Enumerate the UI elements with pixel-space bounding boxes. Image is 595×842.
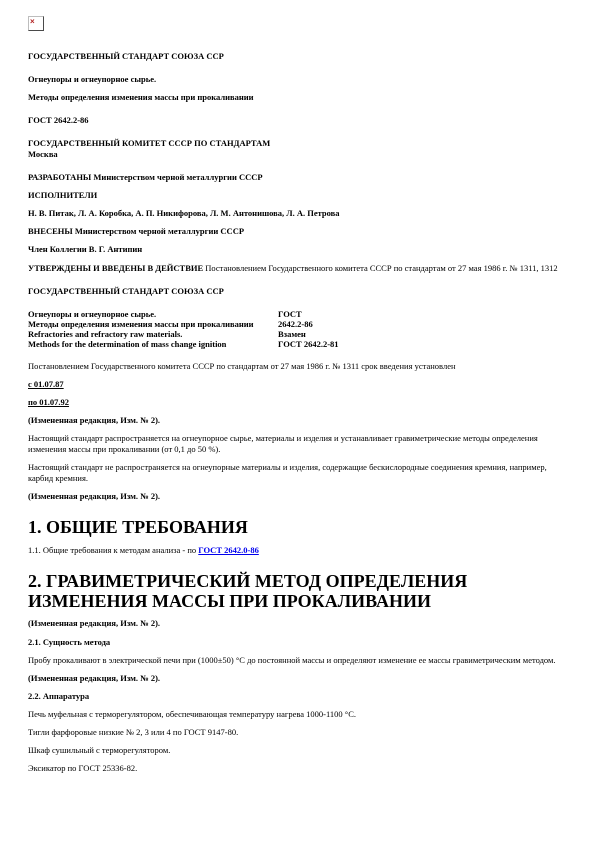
executors-names: Н. В. Питак, Л. А. Коробка, А. П. Никифо… — [28, 208, 567, 219]
title-info-right-column: ГОСТ 2642.2-86 Взамен ГОСТ 2642.2-81 — [278, 309, 567, 349]
info-replaces-num: ГОСТ 2642.2-81 — [278, 339, 567, 349]
clause-1-1-line: 1.1. Общие требования к методам анализа … — [28, 545, 567, 556]
amendment-note: (Измененная редакция, Изм. № 2). — [28, 415, 567, 426]
info-replaces-word: Взамен — [278, 329, 567, 339]
gost-2642-0-86-link[interactable]: ГОСТ 2642.0-86 — [198, 545, 259, 555]
title-info-table: Огнеупоры и огнеупорное сырье. Методы оп… — [28, 309, 567, 349]
amendment-note: (Измененная редакция, Изм. № 2). — [28, 673, 567, 684]
essence-paragraph: Пробу прокаливают в электрической печи п… — [28, 655, 567, 666]
approved-text: Постановлением Государственного комитета… — [205, 263, 557, 273]
amendment-note: (Измененная редакция, Изм. № 2). — [28, 491, 567, 502]
info-subject-en: Refractories and refractory raw material… — [28, 329, 270, 339]
approved-label: УТВЕРЖДЕНЫ И ВВЕДЕНЫ В ДЕЙСТВИЕ — [28, 263, 203, 273]
apparatus-drying-cabinet-line: Шкаф сушильный с терморегулятором. — [28, 745, 567, 756]
approved-line: УТВЕРЖДЕНЫ И ВВЕДЕНЫ В ДЕЙСТВИЕ Постанов… — [28, 263, 567, 274]
apparatus-desiccator-line: Эксикатор по ГОСТ 25336-82. — [28, 763, 567, 774]
info-method-ru: Методы определения изменения массы при п… — [28, 319, 270, 329]
committee-line: ГОСУДАРСТВЕННЫЙ КОМИТЕТ СССР ПО СТАНДАРТ… — [28, 138, 567, 160]
exclusion-paragraph: Настоящий стандарт не распространяется н… — [28, 462, 567, 484]
scope-paragraph: Настоящий стандарт распространяется на о… — [28, 433, 567, 455]
board-member-line: Член Коллегии В. Г. Антипин — [28, 244, 567, 255]
broken-image-icon: × — [28, 16, 44, 31]
clause-1-1-text: 1.1. Общие требования к методам анализа … — [28, 545, 198, 555]
broken-image-x-glyph: × — [30, 18, 35, 25]
developed-by-line: РАЗРАБОТАНЫ Министерством черной металлу… — [28, 172, 567, 183]
clause-2-1-heading: 2.1. Сущность метода — [28, 637, 567, 648]
submitted-by-line: ВНЕСЕНЫ Министерством черной металлургии… — [28, 226, 567, 237]
apparatus-crucibles-line: Тигли фарфоровые низкие № 2, 3 или 4 по … — [28, 727, 567, 738]
resolution-line: Постановлением Государственного комитета… — [28, 361, 567, 372]
amendment-note: (Измененная редакция, Изм. № 2). — [28, 618, 567, 629]
section1-heading: 1. ОБЩИЕ ТРЕБОВАНИЯ — [28, 518, 567, 538]
subject-title: Огнеупоры и огнеупорное сырье. — [28, 74, 567, 85]
effective-to-date: по 01.07.92 — [28, 397, 567, 408]
info-method-en: Methods for the determination of mass ch… — [28, 339, 270, 349]
info-subject-ru: Огнеупоры и огнеупорное сырье. — [28, 309, 270, 319]
effective-from-date: с 01.07.87 — [28, 379, 567, 390]
section2-heading: 2. ГРАВИМЕТРИЧЕСКИЙ МЕТОД ОПРЕДЕЛЕНИЯ ИЗ… — [28, 572, 567, 612]
apparatus-furnace-line: Печь муфельная с терморегулятором, обесп… — [28, 709, 567, 720]
document-page: × ГОСУДАРСТВЕННЫЙ СТАНДАРТ СОЮЗА ССР Огн… — [0, 0, 595, 842]
gost-number: ГОСТ 2642.2-86 — [28, 115, 567, 126]
info-gost-word: ГОСТ — [278, 309, 567, 319]
title-info-left-column: Огнеупоры и огнеупорное сырье. Методы оп… — [28, 309, 278, 349]
info-gost-num: 2642.2-86 — [278, 319, 567, 329]
method-title: Методы определения изменения массы при п… — [28, 92, 567, 103]
standard-union-title: ГОСУДАРСТВЕННЫЙ СТАНДАРТ СОЮЗА ССР — [28, 51, 567, 62]
standard-union-title-2: ГОСУДАРСТВЕННЫЙ СТАНДАРТ СОЮЗА ССР — [28, 286, 567, 297]
committee-name: ГОСУДАРСТВЕННЫЙ КОМИТЕТ СССР ПО СТАНДАРТ… — [28, 138, 270, 148]
clause-2-2-heading: 2.2. Аппаратура — [28, 691, 567, 702]
executors-label: ИСПОЛНИТЕЛИ — [28, 190, 567, 201]
committee-city: Москва — [28, 149, 58, 159]
